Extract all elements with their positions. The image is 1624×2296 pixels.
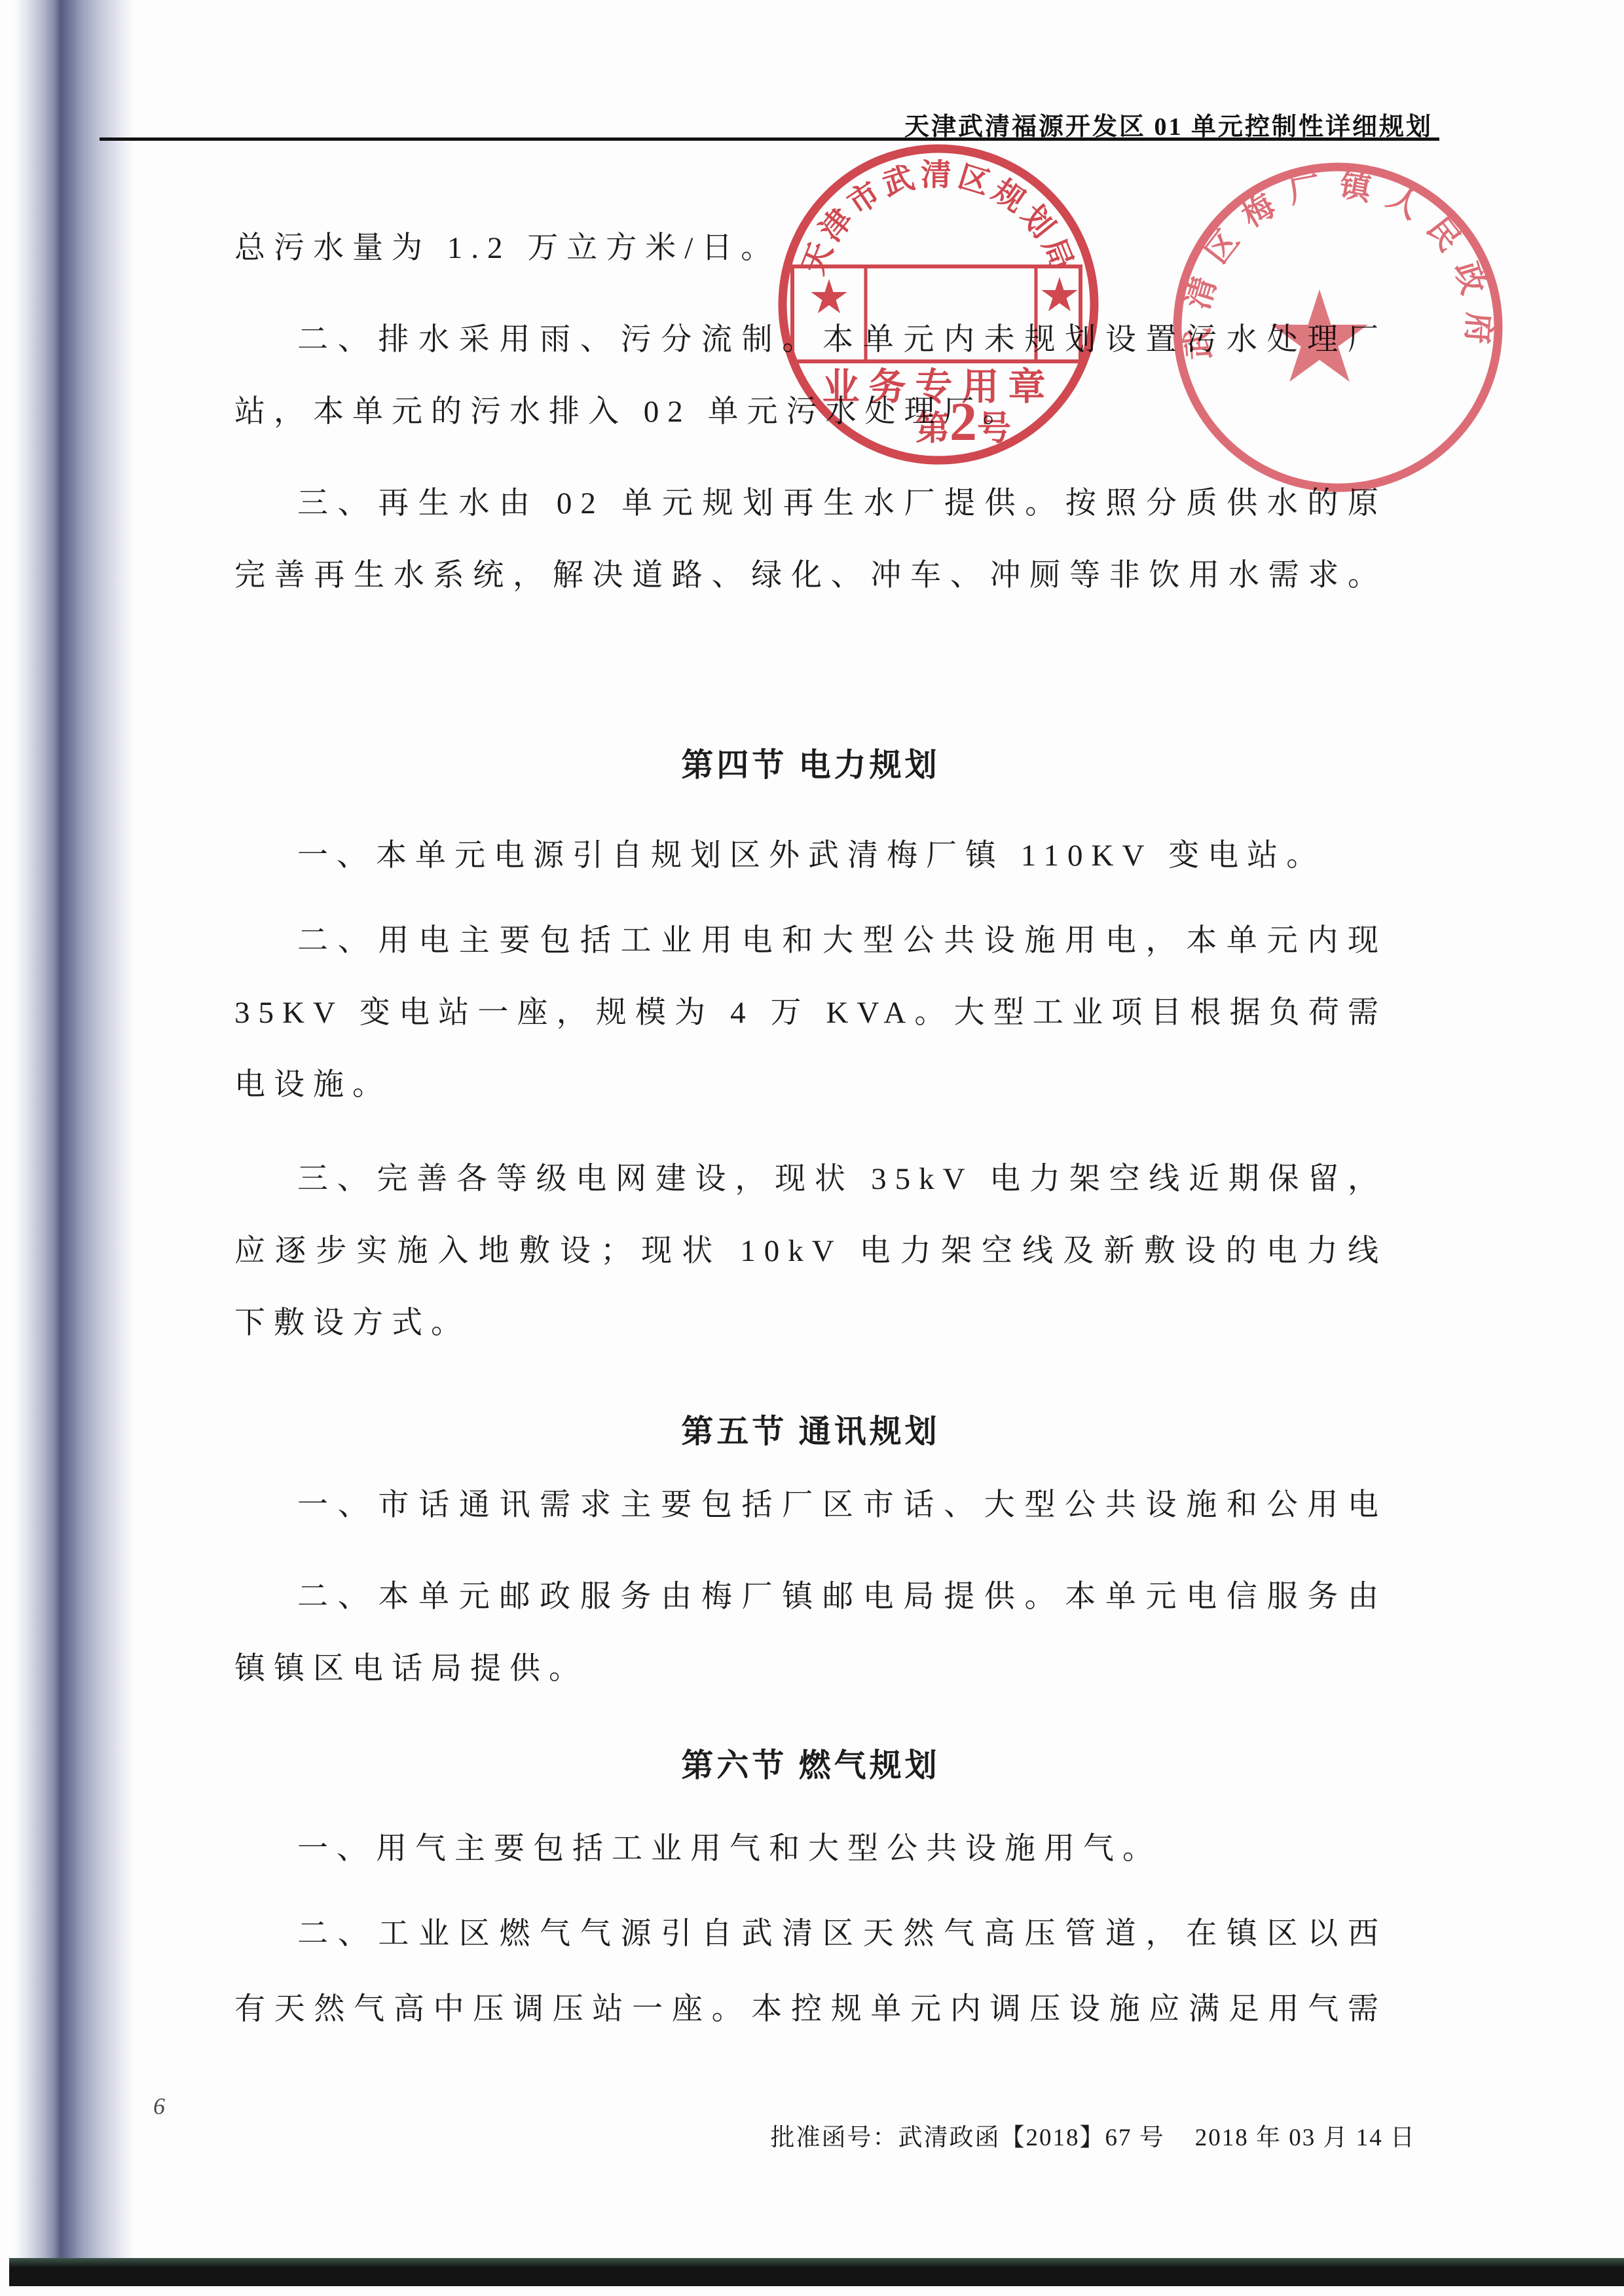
body-line: 一、用气主要包括工业用气和大型公共设施用气。 [234, 1830, 1387, 1869]
body-line: 一、市话通讯需求主要包括厂区市话、大型公共设施和公用电话。 [234, 1486, 1387, 1525]
body-line: 电设施。 [234, 1066, 1387, 1105]
section-heading-power: 第四节 电力规划 [234, 740, 1387, 786]
scan-edge-bottom [9, 2258, 1624, 2286]
approval-number: 批准函号：武清政函【2018】67 号 [771, 2124, 1165, 2151]
body-line: 下敷设方式。 [234, 1304, 1387, 1343]
star-icon [1271, 289, 1368, 382]
stamp-number-value: 2 [950, 392, 977, 452]
star-icon [811, 279, 847, 313]
header-rule [100, 137, 1439, 141]
approval-date: 2018 年 03 月 14 日 [1195, 2124, 1416, 2151]
body-line: 镇镇区电话局提供。 [234, 1650, 1387, 1689]
body-line: 三、完善各等级电网建设，现状 35kV 电力架空线近期保留，远期 [234, 1160, 1387, 1199]
star-icon [1041, 277, 1077, 311]
planning-bureau-stamp: 天津市武清区规划局 业务专用章 第2号 [773, 131, 1107, 478]
body-line: 二、工业区燃气气源引自武清区天然气高压管道，在镇区以西建设 [234, 1915, 1387, 1954]
body-line: 一、本单元电源引自规划区外武清梅厂镇 110KV 变电站。 [234, 837, 1387, 876]
body-line: 二、用电主要包括工业用电和大型公共设施用电，本单元内现有 [234, 922, 1387, 961]
body-line: 完善再生水系统，解决道路、绿化、冲车、冲厕等非饮用水需求。 [234, 556, 1387, 596]
stamp-label: 业务专用章 [822, 367, 1055, 408]
section-heading-gas: 第六节 燃气规划 [234, 1740, 1387, 1786]
body-line: 应逐步实施入地敷设；现状 10kV 电力架空线及新敷设的电力线采用地 [234, 1232, 1387, 1271]
footer-approval-line: 批准函号：武清政函【2018】67 号2018 年 03 月 14 日 [771, 2117, 1416, 2153]
stamp-number-prefix: 第 [915, 410, 950, 448]
page-number: 6 [153, 2092, 165, 2120]
body-line: 有天然气高中压调压站一座。本控规单元内调压设施应满足用气需要。 [234, 1990, 1387, 2030]
body-line: 35KV 变电站一座，规模为 4 万 KVA。大型工业项目根据负荷需要自设变 [234, 994, 1387, 1033]
book-spine-shadow [14, 0, 134, 2259]
section-heading-telecom: 第五节 通讯规划 [234, 1406, 1387, 1452]
body-line: 二、本单元邮政服务由梅厂镇邮电局提供。本单元电信服务由梅厂 [234, 1578, 1387, 1617]
scanned-document-page: 天津武清福源开发区 01 单元控制性详细规划 总污水量为 1.2 万立方米/日。… [0, 0, 1624, 2296]
stamp-arc-text: 天津市武清区规划局 [796, 158, 1080, 279]
town-government-stamp: 武清区梅厂镇人民政府 [1159, 151, 1519, 504]
stamp-number-suffix: 号 [977, 410, 1011, 448]
